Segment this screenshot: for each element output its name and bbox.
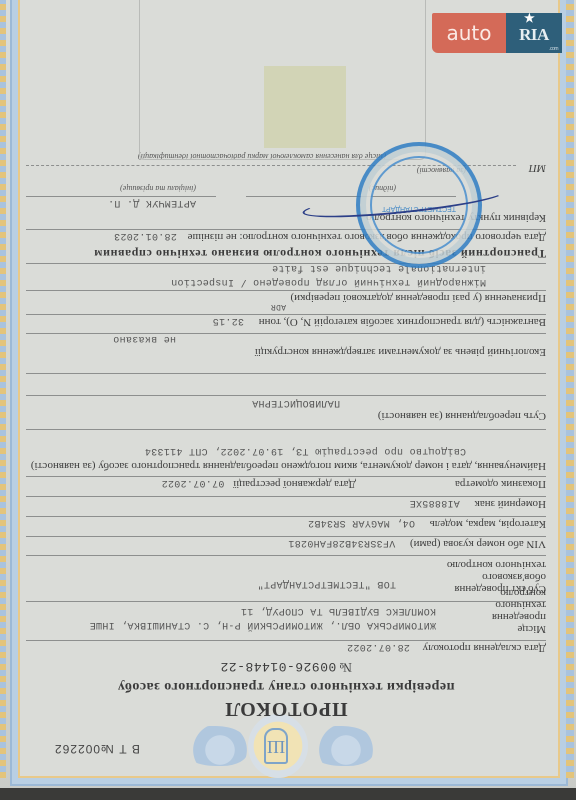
field-date: Дата складення протоколу 28.07.2022: [26, 640, 546, 654]
field-category: Категорія, марка, модель O4, MAGYAR SR34…: [26, 516, 546, 530]
field-subject-label: Суб'єкт проведення обов'язкового технічн…: [436, 559, 546, 595]
field-ecology: Екологічний рівень за документами затвер…: [26, 346, 546, 358]
photo-edge: [0, 788, 576, 800]
field-place-value: ЖИТОМИРСЬКА ОБЛ., ЖИТОМИРСЬКИЙ Р-Н, С. С…: [36, 604, 436, 632]
field-registration-date: Дата державної реєстрації 07.07.2022: [26, 476, 356, 490]
field-ecology-value: не вказано: [26, 332, 176, 346]
mp-mark: МП: [506, 162, 546, 174]
conclusion: Транспортний засіб після технічного конт…: [26, 248, 546, 260]
label-residue: [264, 66, 346, 148]
field-reequipment-doc-value: Свідоцтво про реєстрацію ТЗ, 19.07.2022,…: [26, 444, 466, 458]
field-reequipment-doc: Найменування, дата і номер документа, як…: [26, 460, 546, 472]
field-capacity: Вантажність (для транспортних засобів ка…: [26, 314, 546, 328]
inspection-protocol-sheet: Ш В Т №002262 ПРОТОКОЛ перевірки технічн…: [0, 0, 576, 788]
field-plate: Номерний знак АІ8885XE: [26, 496, 546, 510]
document-title: ПРОТОКОЛ: [26, 697, 546, 720]
ornament-right: [178, 726, 248, 766]
autoria-watermark: auto ★ RIA .com: [432, 13, 562, 53]
watermark-auto: auto: [432, 13, 506, 53]
trident-icon: Ш: [264, 728, 288, 764]
coat-of-arms: Ш: [248, 714, 308, 778]
protocol-number: № 00926-01448-22: [26, 659, 546, 675]
document-content: Ш В Т №002262 ПРОТОКОЛ перевірки технічн…: [26, 0, 546, 788]
field-reequipment-essence: Суть переобладнання (за наявності): [26, 410, 546, 422]
watermark-ria: ★ RIA .com: [506, 13, 562, 53]
field-subject-value: ТОВ "ТЕСТМЕТРСТАНДАРТ": [96, 577, 396, 591]
document-subtitle: перевірки технічного стану транспортного…: [26, 678, 546, 694]
field-purpose: Призначення (у разі проведення додатково…: [26, 292, 546, 304]
initials-note: (ініціали та прізвище): [26, 182, 196, 194]
head-name: АРТЕМЧУК Д. П.: [26, 196, 196, 210]
field-vin: VIN або номер кузова (рами) VF3SR34B28FA…: [26, 536, 546, 550]
field-reequipment-essence-value: ПАЛИВОЦИСТЕРНА: [196, 396, 396, 410]
star-icon: ★: [524, 11, 534, 25]
serial-number: В Т №002262: [54, 742, 140, 756]
ornament-left: [304, 726, 374, 766]
